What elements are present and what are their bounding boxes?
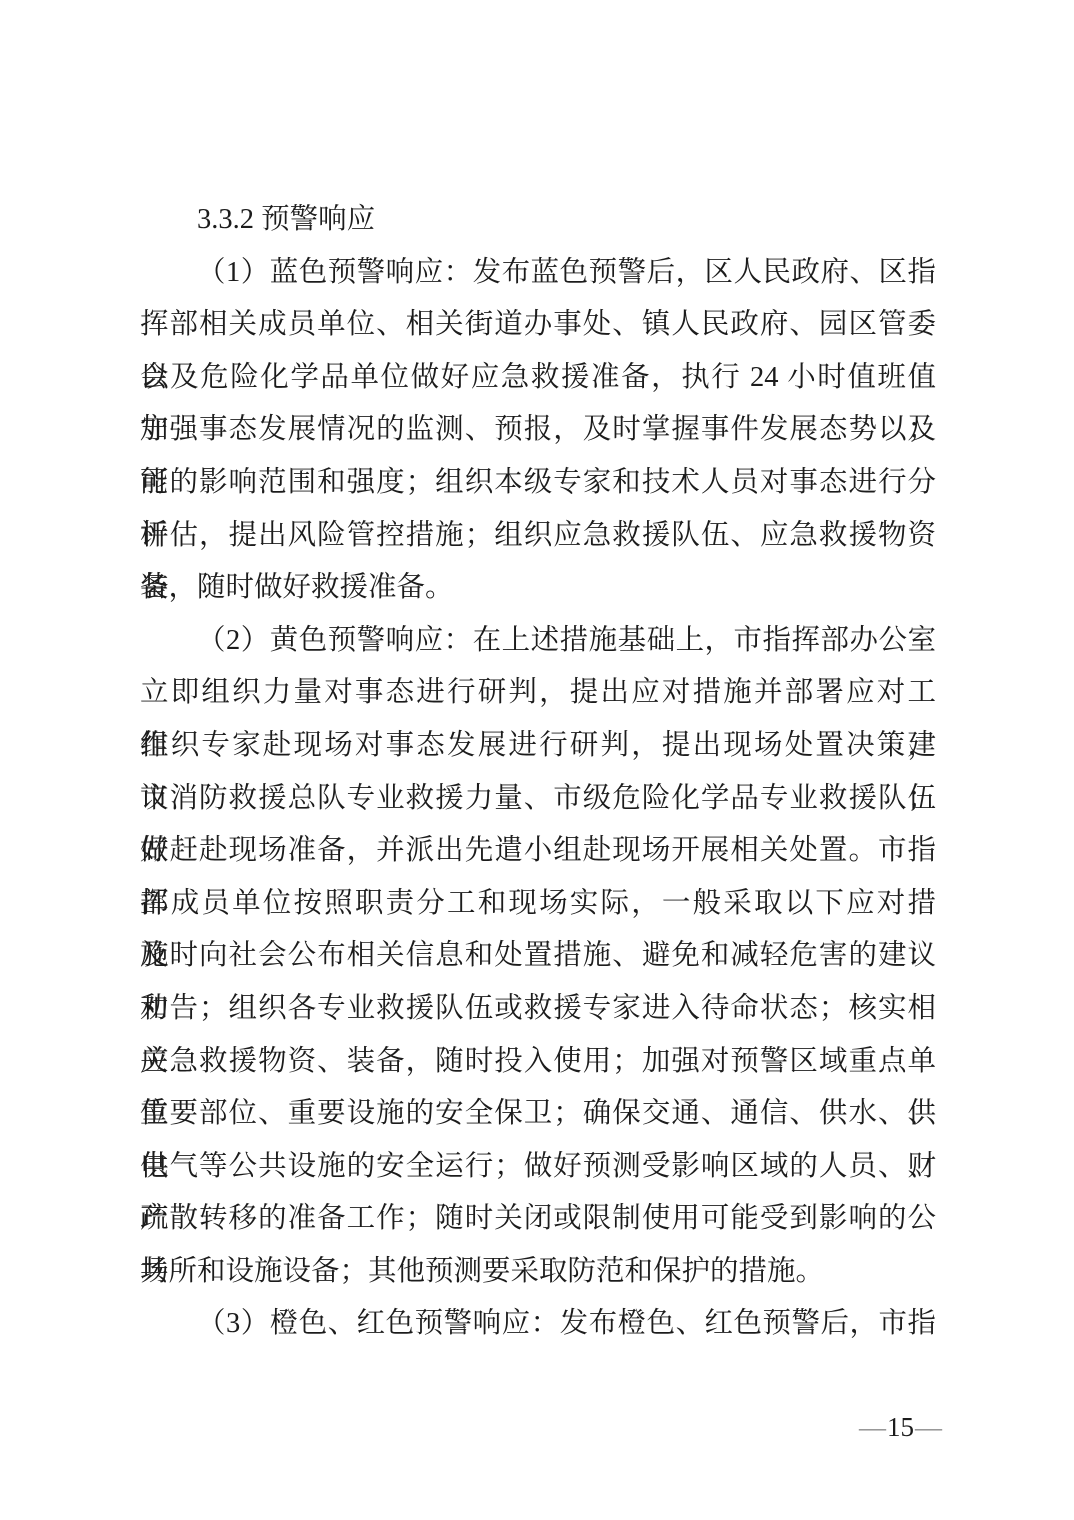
text-line: 重要部位、重要设施的安全保卫；确保交通、通信、供水、供电、: [140, 1088, 936, 1141]
document-page: 3.3.2 预警响应 （1）蓝色预警响应：发布蓝色预警后，区人民政府、区指 挥部…: [0, 0, 1074, 1520]
text-line: 部成员单位按照职责分工和现场实际，一般采取以下应对措施：: [140, 878, 936, 931]
page-number-dash-left: —: [859, 1412, 886, 1442]
document-body: 3.3.2 预警响应 （1）蓝色预警响应：发布蓝色预警后，区人民政府、区指 挥部…: [140, 194, 936, 1351]
text-line: 好赶赴现场准备，并派出先遣小组赴现场开展相关处置。市指挥: [140, 825, 936, 878]
text-line: 能的影响范围和强度；组织本级专家和技术人员对事态进行分析: [140, 457, 936, 510]
page-number-value: 15: [886, 1412, 915, 1442]
text-line: 场所和设施设备；其他预测要采取防范和保护的措施。: [140, 1246, 936, 1299]
text-line: 评估，提出风险管控措施；组织应急救援队伍、应急救援物资装: [140, 510, 936, 563]
text-line: 劝告；组织各专业救援队伍或救援专家进入待命状态；核实相关: [140, 983, 936, 1036]
text-line: 及时向社会公布相关信息和处置措施、避免和减轻危害的建议和: [140, 930, 936, 983]
page-number: —15—: [859, 1410, 942, 1444]
text-line: 立即组织力量对事态进行研判，提出应对措施并部署应对工作，: [140, 667, 936, 720]
text-line: 应急救援物资、装备，随时投入使用；加强对预警区域重点单位、: [140, 1036, 936, 1089]
text-line: 组织专家赴现场对事态发展进行研判，提出现场处置决策建议；: [140, 720, 936, 773]
text-line: 挥部相关成员单位、相关街道办事处、镇人民政府、园区管委会: [140, 299, 936, 352]
text-line: 市消防救援总队专业救援力量、市级危险化学品专业救援队伍做: [140, 773, 936, 826]
text-line: （2）黄色预警响应：在上述措施基础上，市指挥部办公室: [140, 615, 936, 668]
text-line: （3）橙色、红色预警响应：发布橙色、红色预警后，市指: [140, 1298, 936, 1351]
text-line: 疏散转移的准备工作；随时关闭或限制使用可能受到影响的公共: [140, 1193, 936, 1246]
text-line: 加强事态发展情况的监测、预报，及时掌握事件发展态势以及可: [140, 404, 936, 457]
text-line: 备，随时做好救援准备。: [140, 562, 936, 615]
section-heading: 3.3.2 预警响应: [140, 194, 936, 247]
text-line: 供气等公共设施的安全运行；做好预测受影响区域的人员、财产: [140, 1141, 936, 1194]
text-line: （1）蓝色预警响应：发布蓝色预警后，区人民政府、区指: [140, 247, 936, 300]
page-number-dash-right: —: [915, 1412, 942, 1442]
text-line: 以及危险化学品单位做好应急救援准备，执行 24 小时值班值守；: [140, 352, 936, 405]
